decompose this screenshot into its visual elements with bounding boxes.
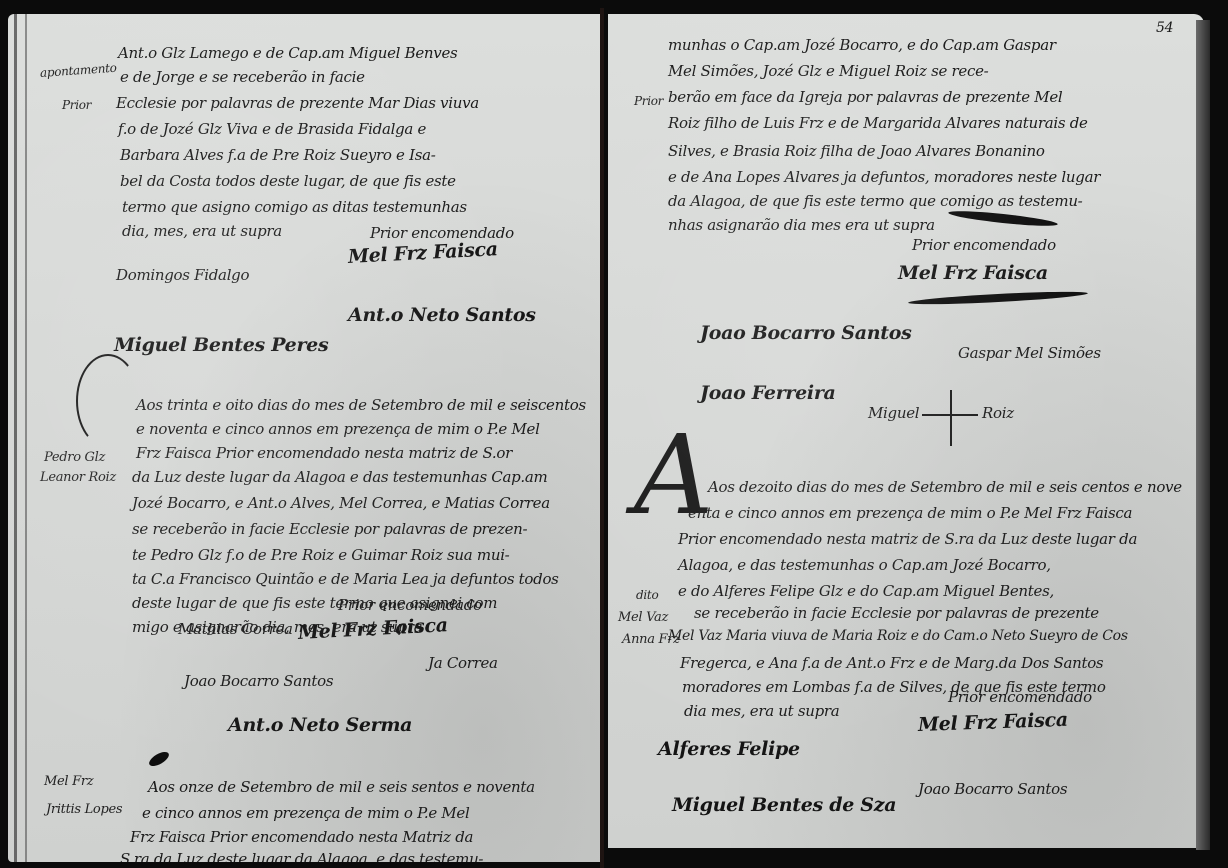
- signature: Mel Frz Faisca: [347, 238, 498, 268]
- text-line: Ant.o Glz Lamego e de Cap.am Miguel Benv…: [118, 44, 457, 62]
- signature: Joao Bocarro Santos: [918, 780, 1067, 798]
- text-line: Barbara Alves f.a de P.re Roiz Sueyro e …: [120, 146, 436, 164]
- text-line: da Luz deste lugar da Alagoa e das teste…: [132, 468, 547, 486]
- text-line: Ecclesie por palavras de prezente Mar Di…: [116, 94, 479, 112]
- margin-note-prior: Prior: [634, 94, 663, 108]
- signature: Mel Frz Faisca: [918, 709, 1069, 736]
- signature: Mathias Correa: [178, 620, 293, 638]
- text-line: e de Jorge e se receberão in facie: [120, 68, 365, 86]
- signature: Joao Bocarro Santos: [700, 322, 911, 344]
- flourish-decoration: [76, 354, 140, 448]
- signature: Alferes Felipe: [658, 738, 800, 760]
- text-line: munhas o Cap.am Jozé Bocarro, e do Cap.a…: [668, 36, 1056, 54]
- signature: Joao Ferreira: [700, 382, 836, 404]
- margin-note-bride: Leanor Roiz: [40, 470, 116, 485]
- text-line: nhas asignarão dia mes era ut supra: [668, 216, 935, 234]
- text-line: f.o de Jozé Glz Viva e de Brasida Fidalg…: [118, 120, 426, 138]
- signature: Miguel Bentes de Sza: [672, 794, 896, 816]
- text-line: Aos dezoito dias do mes de Setembro de m…: [708, 478, 1182, 496]
- margin-note-prior: Prior: [62, 98, 91, 112]
- text-line: enta e cinco annos em prezença de mim o …: [688, 504, 1132, 522]
- text-line: e noventa e cinco annos em prezença de m…: [136, 420, 540, 438]
- text-line: bel da Costa todos deste lugar, de que f…: [120, 172, 456, 190]
- binding-edge: [25, 14, 27, 862]
- margin-note: dito: [636, 588, 658, 602]
- margin-note-groom: Mel Frz: [44, 774, 93, 789]
- text-line: e do Alferes Felipe Glz e do Cap.am Migu…: [678, 582, 1054, 600]
- signature: Gaspar Mel Simões: [958, 344, 1101, 362]
- binding-edge: [14, 14, 17, 862]
- margin-note-bride: Jrittis Lopes: [46, 802, 122, 817]
- text-line: Alagoa, e das testemunhas o Cap.am Jozé …: [678, 556, 1051, 574]
- ink-blot: [147, 749, 171, 769]
- text-line: Aos trinta e oito dias do mes de Setembr…: [136, 396, 586, 414]
- signature: Mel Frz Faisca: [898, 262, 1048, 284]
- text-line: e cinco annos em prezença de mim o P.e M…: [142, 804, 470, 822]
- signature: Ant.o Neto Santos: [348, 304, 536, 326]
- text-line: Roiz filho de Luis Frz e de Margarida Al…: [668, 114, 1088, 132]
- text-line: Prior encomendado nesta matriz de S.ra d…: [678, 530, 1137, 548]
- margin-note: apontamento: [40, 61, 118, 80]
- signature-title: Prior encomendado: [338, 596, 482, 614]
- margin-note-groom: Pedro Glz: [44, 450, 105, 465]
- text-line: Mel Vaz Maria viuva de Maria Roiz e do C…: [668, 628, 1128, 644]
- page-number: 54: [1156, 20, 1173, 36]
- text-line: Aos onze de Setembro de mil e seis sento…: [148, 778, 535, 796]
- signature: Ja Correa: [428, 654, 498, 672]
- text-line: termo que asigno comigo as ditas testemu…: [122, 198, 467, 216]
- text-line: dia mes, era ut supra: [684, 702, 839, 720]
- page-gutter: [600, 8, 604, 868]
- text-line: se receberão in facie Ecclesie por palav…: [132, 520, 527, 538]
- ink-stroke: [948, 208, 1058, 228]
- signature: Miguel Bentes Peres: [114, 334, 328, 356]
- text-line: da Alagoa, de que fis este termo que com…: [668, 192, 1082, 210]
- text-line: te Pedro Glz f.o de P.re Roiz e Guimar R…: [132, 546, 509, 564]
- text-line: S.ra da Luz deste lugar da Alagoa, e das…: [120, 850, 483, 862]
- text-line: Silves, e Brasia Roiz filha de Joao Alva…: [668, 142, 1045, 160]
- text-line: Jozé Bocarro, e Ant.o Alves, Mel Correa,…: [132, 494, 550, 512]
- text-line: Frz Faisca Prior encomendado nesta matri…: [136, 444, 512, 462]
- text-line: Mel Simões, Jozé Glz e Miguel Roiz se re…: [668, 62, 988, 80]
- signature-title: Prior encomendado: [948, 688, 1092, 706]
- signature: Ant.o Neto Serma: [228, 714, 412, 736]
- text-line: berão em face da Igreja por palavras de …: [668, 88, 1062, 106]
- signature: Domingos Fidalgo: [116, 266, 249, 284]
- book-edge: [1196, 20, 1210, 850]
- ink-stroke: [908, 289, 1088, 306]
- text-line: Fregerca, e Ana f.a de Ant.o Frz e de Ma…: [680, 654, 1103, 672]
- left-page: apontamento Prior Pedro Glz Leanor Roiz …: [8, 14, 602, 862]
- signature-mark-name: Roiz: [982, 404, 1014, 422]
- margin-note-groom: Mel Vaz: [618, 610, 668, 625]
- right-page: 54 Prior dito Mel Vaz Anna Frz munhas o …: [608, 14, 1204, 848]
- text-line: ta C.a Francisco Quintão e de Maria Lea …: [132, 570, 559, 588]
- cross-mark-icon: [950, 390, 952, 446]
- text-line: e de Ana Lopes Alvares ja defuntos, mora…: [668, 168, 1100, 186]
- text-line: Frz Faisca Prior encomendado nesta Matri…: [130, 828, 473, 846]
- manuscript-spread: apontamento Prior Pedro Glz Leanor Roiz …: [0, 0, 1228, 868]
- text-line: se receberão in facie Ecclesie por palav…: [694, 604, 1099, 622]
- signature: Joao Bocarro Santos: [184, 672, 333, 690]
- signature-mark-name: Miguel: [868, 404, 919, 422]
- text-line: dia, mes, era ut supra: [122, 222, 282, 240]
- signature-title: Prior encomendado: [912, 236, 1056, 254]
